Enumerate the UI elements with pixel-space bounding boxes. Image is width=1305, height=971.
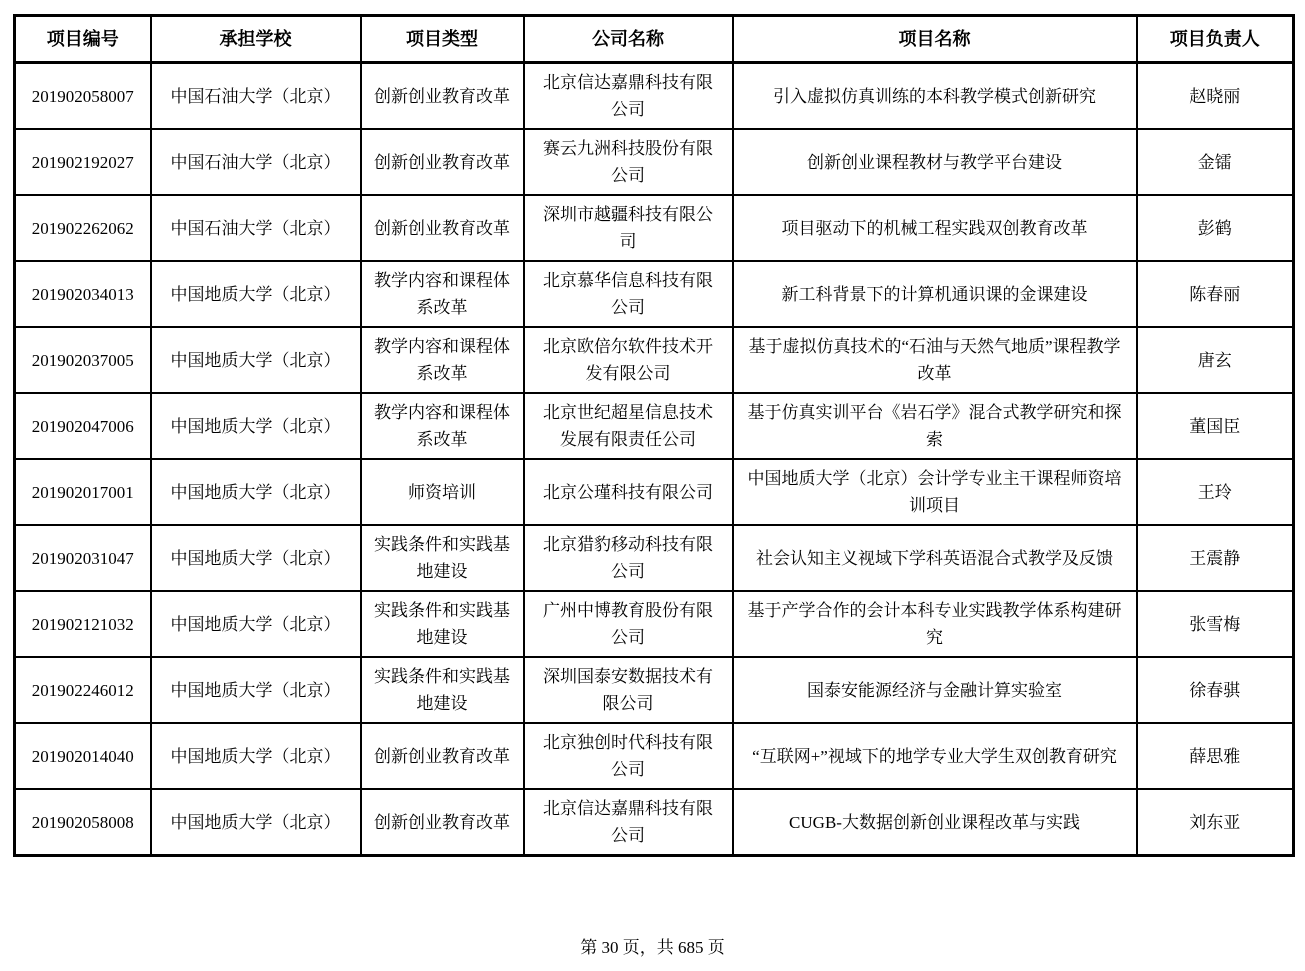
projects-table: 项目编号 承担学校 项目类型 公司名称 项目名称 项目负责人 201902058… xyxy=(13,14,1295,857)
cell-company: 深圳市越疆科技有限公司 xyxy=(524,195,733,261)
table-row: 201902047006 中国地质大学（北京） 教学内容和课程体系改革 北京世纪… xyxy=(15,393,1294,459)
table-row: 201902037005 中国地质大学（北京） 教学内容和课程体系改革 北京欧倍… xyxy=(15,327,1294,393)
table-row: 201902014040 中国地质大学（北京） 创新创业教育改革 北京独创时代科… xyxy=(15,723,1294,789)
cell-project-id: 201902246012 xyxy=(15,657,151,723)
cell-school: 中国地质大学（北京） xyxy=(151,789,361,856)
cell-project-name: 项目驱动下的机械工程实践双创教育改革 xyxy=(733,195,1137,261)
cell-company: 赛云九洲科技股份有限公司 xyxy=(524,129,733,195)
table-row: 201902017001 中国地质大学（北京） 师资培训 北京公瑾科技有限公司 … xyxy=(15,459,1294,525)
cell-project-name: 引入虚拟仿真训练的本科教学模式创新研究 xyxy=(733,63,1137,130)
table-row: 201902034013 中国地质大学（北京） 教学内容和课程体系改革 北京慕华… xyxy=(15,261,1294,327)
cell-leader: 薛思雅 xyxy=(1137,723,1294,789)
column-header-leader: 项目负责人 xyxy=(1137,16,1294,63)
table-row: 201902058007 中国石油大学（北京） 创新创业教育改革 北京信达嘉鼎科… xyxy=(15,63,1294,130)
cell-project-type: 创新创业教育改革 xyxy=(361,723,524,789)
header-row: 项目编号 承担学校 项目类型 公司名称 项目名称 项目负责人 xyxy=(15,16,1294,63)
cell-project-id: 201902034013 xyxy=(15,261,151,327)
cell-project-id: 201902037005 xyxy=(15,327,151,393)
cell-leader: 彭鹤 xyxy=(1137,195,1294,261)
cell-company: 广州中博教育股份有限公司 xyxy=(524,591,733,657)
cell-leader: 王震静 xyxy=(1137,525,1294,591)
cell-leader: 赵晓丽 xyxy=(1137,63,1294,130)
table-body: 201902058007 中国石油大学（北京） 创新创业教育改革 北京信达嘉鼎科… xyxy=(15,63,1294,856)
cell-project-id: 201902047006 xyxy=(15,393,151,459)
cell-project-name: 新工科背景下的计算机通识课的金课建设 xyxy=(733,261,1137,327)
document-page: 项目编号 承担学校 项目类型 公司名称 项目名称 项目负责人 201902058… xyxy=(0,0,1305,971)
cell-leader: 陈春丽 xyxy=(1137,261,1294,327)
cell-school: 中国地质大学（北京） xyxy=(151,723,361,789)
column-header-project-id: 项目编号 xyxy=(15,16,151,63)
cell-project-id: 201902058007 xyxy=(15,63,151,130)
cell-leader: 唐玄 xyxy=(1137,327,1294,393)
cell-leader: 张雪梅 xyxy=(1137,591,1294,657)
cell-project-name: 基于虚拟仿真技术的“石油与天然气地质”课程教学改革 xyxy=(733,327,1137,393)
table-row: 201902121032 中国地质大学（北京） 实践条件和实践基地建设 广州中博… xyxy=(15,591,1294,657)
cell-project-id: 201902017001 xyxy=(15,459,151,525)
cell-school: 中国石油大学（北京） xyxy=(151,195,361,261)
column-header-project-type: 项目类型 xyxy=(361,16,524,63)
cell-project-id: 201902192027 xyxy=(15,129,151,195)
cell-school: 中国地质大学（北京） xyxy=(151,261,361,327)
cell-school: 中国石油大学（北京） xyxy=(151,129,361,195)
cell-school: 中国地质大学（北京） xyxy=(151,657,361,723)
cell-leader: 王玲 xyxy=(1137,459,1294,525)
cell-school: 中国石油大学（北京） xyxy=(151,63,361,130)
cell-company: 深圳国泰安数据技术有限公司 xyxy=(524,657,733,723)
cell-company: 北京世纪超星信息技术发展有限责任公司 xyxy=(524,393,733,459)
table-row: 201902031047 中国地质大学（北京） 实践条件和实践基地建设 北京猎豹… xyxy=(15,525,1294,591)
cell-project-name: 国泰安能源经济与金融计算实验室 xyxy=(733,657,1137,723)
cell-school: 中国地质大学（北京） xyxy=(151,327,361,393)
cell-project-type: 教学内容和课程体系改革 xyxy=(361,261,524,327)
cell-leader: 刘东亚 xyxy=(1137,789,1294,856)
cell-project-type: 教学内容和课程体系改革 xyxy=(361,327,524,393)
cell-project-name: 创新创业课程教材与教学平台建设 xyxy=(733,129,1137,195)
cell-school: 中国地质大学（北京） xyxy=(151,459,361,525)
cell-company: 北京慕华信息科技有限公司 xyxy=(524,261,733,327)
cell-project-type: 教学内容和课程体系改革 xyxy=(361,393,524,459)
cell-company: 北京公瑾科技有限公司 xyxy=(524,459,733,525)
table-row: 201902058008 中国地质大学（北京） 创新创业教育改革 北京信达嘉鼎科… xyxy=(15,789,1294,856)
cell-project-type: 实践条件和实践基地建设 xyxy=(361,657,524,723)
column-header-company: 公司名称 xyxy=(524,16,733,63)
cell-project-type: 创新创业教育改革 xyxy=(361,195,524,261)
column-header-project-name: 项目名称 xyxy=(733,16,1137,63)
cell-company: 北京猎豹移动科技有限公司 xyxy=(524,525,733,591)
cell-project-name: 基于产学合作的会计本科专业实践教学体系构建研究 xyxy=(733,591,1137,657)
table-header: 项目编号 承担学校 项目类型 公司名称 项目名称 项目负责人 xyxy=(15,16,1294,63)
cell-project-type: 创新创业教育改革 xyxy=(361,129,524,195)
cell-project-name: 基于仿真实训平台《岩石学》混合式教学研究和探索 xyxy=(733,393,1137,459)
cell-project-name: “互联网+”视域下的地学专业大学生双创教育研究 xyxy=(733,723,1137,789)
cell-project-id: 201902121032 xyxy=(15,591,151,657)
cell-company: 北京独创时代科技有限公司 xyxy=(524,723,733,789)
cell-company: 北京信达嘉鼎科技有限公司 xyxy=(524,789,733,856)
table-row: 201902192027 中国石油大学（北京） 创新创业教育改革 赛云九洲科技股… xyxy=(15,129,1294,195)
cell-school: 中国地质大学（北京） xyxy=(151,393,361,459)
cell-project-name: 中国地质大学（北京）会计学专业主干课程师资培训项目 xyxy=(733,459,1137,525)
cell-project-type: 实践条件和实践基地建设 xyxy=(361,591,524,657)
cell-project-name: 社会认知主义视域下学科英语混合式教学及反馈 xyxy=(733,525,1137,591)
cell-project-id: 201902031047 xyxy=(15,525,151,591)
page-indicator: 第 30 页，共 685 页 xyxy=(0,933,1305,958)
cell-project-id: 201902058008 xyxy=(15,789,151,856)
cell-leader: 金镭 xyxy=(1137,129,1294,195)
cell-leader: 董国臣 xyxy=(1137,393,1294,459)
table-row: 201902246012 中国地质大学（北京） 实践条件和实践基地建设 深圳国泰… xyxy=(15,657,1294,723)
cell-project-id: 201902014040 xyxy=(15,723,151,789)
cell-project-id: 201902262062 xyxy=(15,195,151,261)
cell-company: 北京信达嘉鼎科技有限公司 xyxy=(524,63,733,130)
cell-project-name: CUGB-大数据创新创业课程改革与实践 xyxy=(733,789,1137,856)
column-header-school: 承担学校 xyxy=(151,16,361,63)
cell-school: 中国地质大学（北京） xyxy=(151,591,361,657)
cell-project-type: 创新创业教育改革 xyxy=(361,63,524,130)
cell-company: 北京欧倍尔软件技术开发有限公司 xyxy=(524,327,733,393)
cell-project-type: 创新创业教育改革 xyxy=(361,789,524,856)
cell-project-type: 实践条件和实践基地建设 xyxy=(361,525,524,591)
cell-leader: 徐春骐 xyxy=(1137,657,1294,723)
cell-school: 中国地质大学（北京） xyxy=(151,525,361,591)
cell-project-type: 师资培训 xyxy=(361,459,524,525)
table-row: 201902262062 中国石油大学（北京） 创新创业教育改革 深圳市越疆科技… xyxy=(15,195,1294,261)
